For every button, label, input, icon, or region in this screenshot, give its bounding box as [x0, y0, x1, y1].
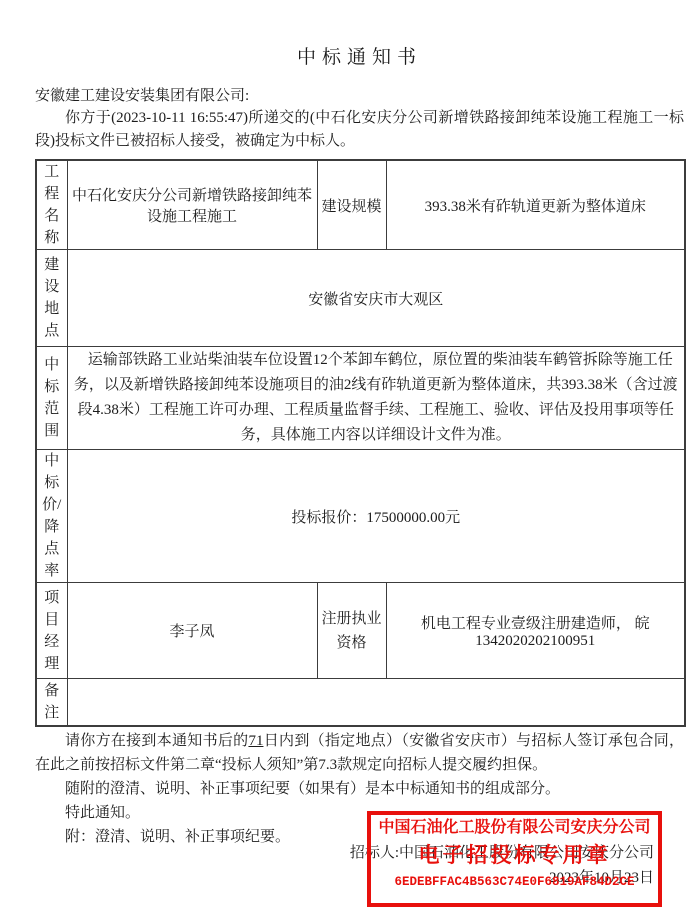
table-row-project-name: 工 程 名 称 中石化安庆分公司新增铁路接卸纯苯设施工程施工 建设规模 393.… [36, 160, 685, 250]
project-manager-value: 李子凤 [67, 583, 317, 679]
price-value: 投标报价：17500000.00元 [67, 450, 685, 583]
table-row-project-manager: 项 目 经 理 李子凤 注册执业 资格 机电工程专业壹级注册建造师， 皖1342… [36, 583, 685, 679]
remarks-value [67, 679, 685, 727]
construction-scale-value: 393.38米有砟轨道更新为整体道床 [386, 160, 685, 250]
footer-p1-before: 请你方在接到本通知书后的 [65, 733, 248, 749]
project-name-value: 中石化安庆分公司新增铁路接卸纯苯设施工程施工 [67, 160, 317, 250]
remarks-label: 备 注 [36, 679, 67, 727]
price-label: 中 标 价/ 降 点 率 [36, 450, 67, 583]
salutation-line: 安徽建工建设安装集团有限公司: [35, 85, 684, 107]
intro-paragraph: 你方于(2023-10-11 16:55:47)所递交的(中石化安庆分公司新增铁… [35, 107, 684, 153]
footer-paragraph-contract: 请你方在接到本通知书后的71日内到（指定地点）（安徽省安庆市）与招标人签订承包合… [35, 729, 684, 777]
qualification-value: 机电工程专业壹级注册建造师， 皖1342020202100951 [386, 583, 685, 679]
table-row-scope: 中 标 范 围 运输部铁路工业站柴油装车位设置12个苯卸车鹤位，原位置的柴油装车… [36, 347, 685, 450]
project-manager-label: 项 目 经 理 [36, 583, 67, 679]
footer-paragraph-attachments: 随附的澄清、说明、补正事项纪要（如果有）是本中标通知书的组成部分。 [35, 777, 684, 801]
page-title: 中标通知书 [35, 44, 684, 72]
table-row-price: 中 标 价/ 降 点 率 投标报价：17500000.00元 [36, 450, 685, 583]
project-name-label: 工 程 名 称 [36, 160, 67, 250]
construction-scale-label: 建设规模 [317, 160, 386, 250]
stamp-type-text: 电子招投标专用章 [419, 843, 611, 868]
award-info-table: 工 程 名 称 中石化安庆分公司新增铁路接卸纯苯设施工程施工 建设规模 393.… [35, 159, 686, 727]
qualification-label: 注册执业 资格 [317, 583, 386, 679]
notice-document: 中标通知书 安徽建工建设安装集团有限公司: 你方于(2023-10-11 16:… [0, 0, 700, 922]
scope-label: 中 标 范 围 [36, 347, 67, 450]
stamp-company-name: 中国石油化工股份有限公司安庆分公司 [378, 818, 650, 837]
table-row-location: 建 设 地 点 安徽省安庆市大观区 [36, 250, 685, 347]
location-label: 建 设 地 点 [36, 250, 67, 347]
electronic-bid-stamp: 中国石油化工股份有限公司安庆分公司 电子招投标专用章 6EDEBFFAC4B56… [367, 811, 662, 907]
scope-value: 运输部铁路工业站柴油装车位设置12个苯卸车鹤位，原位置的柴油装车鹤管拆除等施工任… [67, 347, 685, 450]
stamp-verification-code: 6EDEBFFAC4B563C74E0F6819AF84D2CE [394, 874, 634, 890]
location-value: 安徽省安庆市大观区 [67, 250, 685, 347]
table-row-remarks: 备 注 [36, 679, 685, 727]
footer-p1-days-underlined: 71 [248, 733, 263, 749]
